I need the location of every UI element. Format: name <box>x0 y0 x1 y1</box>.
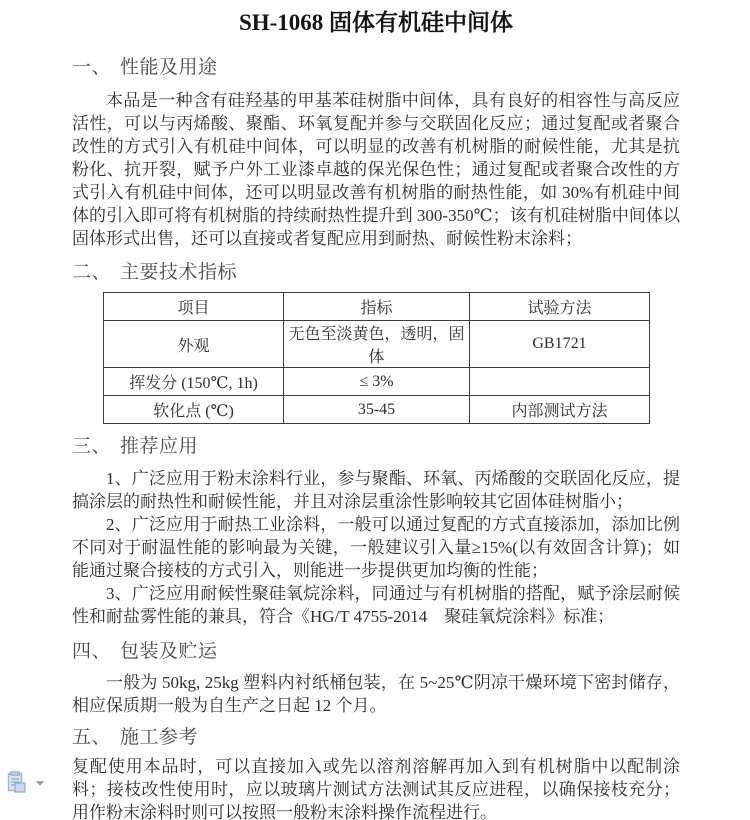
table-row-volatiles: 挥发分 (150℃, 1h) ≤ 3% <box>104 368 650 396</box>
spec-table: 项目 指标 试验方法 外观 无色至淡黄色，透明，固体 GB1721 挥发分 (1… <box>103 292 650 424</box>
cell-spec: 35-45 <box>284 396 470 424</box>
cell-method: 内部测试方法 <box>470 396 650 424</box>
section-number: 三、 <box>72 436 111 457</box>
section-title: 施工参考 <box>120 727 198 748</box>
section-heading-packaging: 四、包装及贮运 <box>72 640 680 664</box>
caret-down-icon <box>36 781 44 786</box>
table-row-appearance: 外观 无色至淡黄色，透明，固体 GB1721 <box>104 321 650 368</box>
application-item-3: 3、广泛应用耐候性聚硅氧烷涂料，同通过与有机树脂的搭配，赋予涂层耐候性和耐盐雾性… <box>72 582 680 628</box>
col-header-spec: 指标 <box>284 293 470 321</box>
section-number: 五、 <box>72 727 111 748</box>
section-applications: 三、推荐应用 1、广泛应用于粉末涂料行业，参与聚酯、环氧、丙烯酸的交联固化反应，… <box>72 435 680 628</box>
performance-paragraph: 本品是一种含有硅羟基的甲基苯硅树脂中间体，具有良好的相容性与高反应活性，可以与丙… <box>72 89 680 250</box>
section-heading-performance: 一、性能及用途 <box>72 56 680 80</box>
paste-options-widget[interactable] <box>6 771 44 799</box>
section-number: 一、 <box>72 57 111 78</box>
section-number: 二、 <box>72 262 111 283</box>
section-number: 四、 <box>72 641 111 662</box>
cell-item: 软化点 (℃) <box>104 396 284 424</box>
col-header-method: 试验方法 <box>470 293 650 321</box>
cell-item: 挥发分 (150℃, 1h) <box>104 368 284 396</box>
application-item-1: 1、广泛应用于粉末涂料行业，参与聚酯、环氧、丙烯酸的交联固化反应，提搞涂层的耐热… <box>72 467 680 513</box>
spec-table-header-row: 项目 指标 试验方法 <box>104 293 650 321</box>
cell-method: GB1721 <box>470 321 650 368</box>
section-application-guide: 五、施工参考 复配使用本品时，可以直接加入或先以溶剂溶解再加入到有机树脂中以配制… <box>72 726 680 820</box>
table-row-softening-point: 软化点 (℃) 35-45 内部测试方法 <box>104 396 650 424</box>
section-title: 主要技术指标 <box>120 262 237 283</box>
section-title: 性能及用途 <box>120 57 218 78</box>
page-title: SH-1068 固体有机硅中间体 <box>72 8 680 38</box>
paste-options-button[interactable] <box>6 771 44 799</box>
application-items: 1、广泛应用于粉末涂料行业，参与聚酯、环氧、丙烯酸的交联固化反应，提搞涂层的耐热… <box>72 467 680 628</box>
section-heading-application-guide: 五、施工参考 <box>72 726 680 750</box>
application-guide-paragraph: 复配使用本品时，可以直接加入或先以溶剂溶解再加入到有机树脂中以配制涂料；接枝改性… <box>72 755 680 820</box>
cell-item: 外观 <box>104 321 284 368</box>
clipboard-paste-icon <box>6 771 27 799</box>
cell-method <box>470 368 650 396</box>
col-header-item: 项目 <box>104 293 284 321</box>
application-item-2: 2、广泛应用于耐热工业涂料，一般可以通过复配的方式直接添加，添加比例不同对于耐温… <box>72 513 680 582</box>
packaging-paragraph: 一般为 50kg, 25kg 塑料内衬纸桶包装，在 5~25℃阴凉干燥环境下密封… <box>72 671 680 717</box>
cell-spec: ≤ 3% <box>284 368 470 396</box>
section-title: 包装及贮运 <box>120 641 218 662</box>
section-title: 推荐应用 <box>120 436 198 457</box>
section-heading-specs: 二、主要技术指标 <box>72 261 680 285</box>
section-specs: 二、主要技术指标 项目 指标 试验方法 外观 无色至淡黄色，透明，固体 GB17… <box>72 261 680 424</box>
section-performance: 一、性能及用途 本品是一种含有硅羟基的甲基苯硅树脂中间体，具有良好的相容性与高反… <box>72 56 680 250</box>
section-packaging: 四、包装及贮运 一般为 50kg, 25kg 塑料内衬纸桶包装，在 5~25℃阴… <box>72 640 680 717</box>
document-page: SH-1068 固体有机硅中间体 一、性能及用途 本品是一种含有硅羟基的甲基苯硅… <box>0 0 750 820</box>
section-heading-applications: 三、推荐应用 <box>72 435 680 459</box>
cell-spec: 无色至淡黄色，透明，固体 <box>284 321 470 368</box>
